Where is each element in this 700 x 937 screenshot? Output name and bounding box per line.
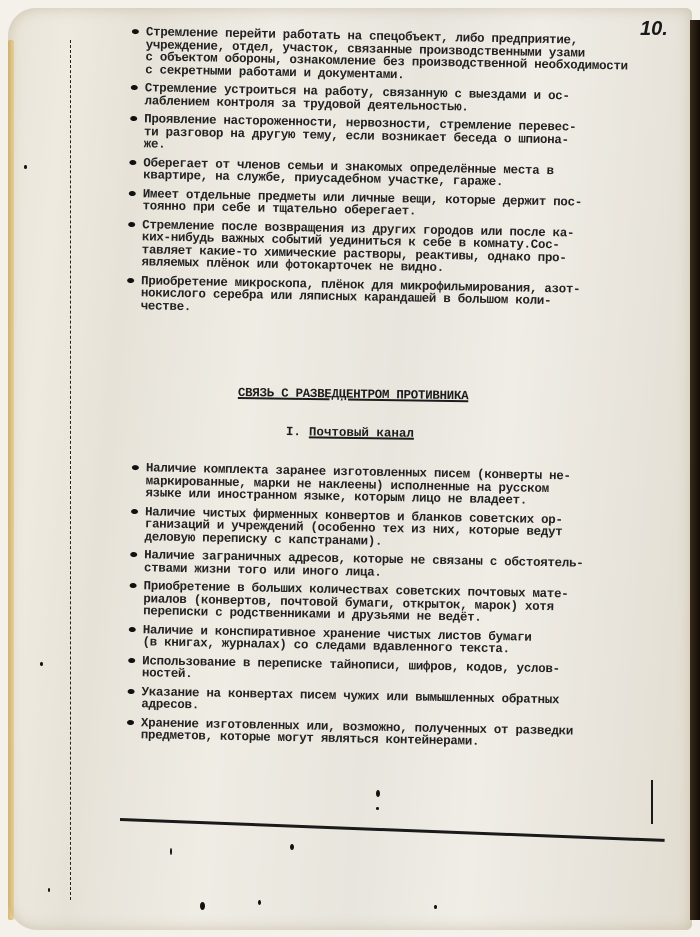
list-item-text: Стремление перейти работать на спецобъек… xyxy=(145,25,628,81)
ink-speck xyxy=(290,844,294,850)
indicator-list-top: Стремление перейти работать на спецобъек… xyxy=(126,26,652,328)
page-right-edge-shadow xyxy=(690,20,700,920)
bullet-icon xyxy=(129,159,136,164)
list-item-text: Наличие заграничных адресов, которые не … xyxy=(144,548,584,579)
list-item-text: Стремление после возвращения из других г… xyxy=(141,218,574,275)
list-item: Стремление после возвращения из других г… xyxy=(127,218,648,278)
bullet-icon xyxy=(129,626,136,631)
bullet-icon xyxy=(127,719,134,724)
bullet-icon xyxy=(132,465,139,470)
list-item: Хранение изготовленных или, возможно, по… xyxy=(127,716,647,751)
list-item-text: Использование в переписке тайнописи, шиф… xyxy=(142,654,560,681)
list-item-text: Наличие комплекта заранее изготовленных … xyxy=(145,461,571,507)
right-margin-tick xyxy=(651,780,653,824)
ink-speck xyxy=(434,905,437,909)
margin-rule-line xyxy=(70,40,71,900)
list-item-text: Наличие и конспиративное хранение чистых… xyxy=(142,623,531,657)
ink-speck xyxy=(376,790,380,797)
list-item-text: Стремление устроиться на работу, связанн… xyxy=(144,81,569,114)
bullet-icon xyxy=(132,29,139,34)
list-item: Наличие и конспиративное хранение чистых… xyxy=(128,623,648,658)
ink-speck xyxy=(24,165,27,169)
list-item-text: Указание на конвертах писем чужих или вы… xyxy=(141,685,559,713)
list-item: Наличие заграничных адресов, которые не … xyxy=(130,549,650,584)
list-item-text: Наличие чистых фирменных конвертов и бла… xyxy=(144,505,562,549)
list-item: Проявление настороженности, нервозности,… xyxy=(130,113,651,160)
list-item: Указание на конвертах писем чужих или вы… xyxy=(127,685,647,720)
list-item: Наличие чистых фирменных конвертов и бла… xyxy=(130,505,651,552)
bullet-icon xyxy=(130,583,137,588)
subsection-title: Почтовый канал xyxy=(309,425,414,440)
bullet-icon xyxy=(128,221,135,226)
list-item-text: Проявление настороженности, нервозности,… xyxy=(144,112,577,151)
ink-speck xyxy=(48,888,50,892)
bullet-icon xyxy=(130,552,137,557)
list-item: Приобретение микроскопа, плёнок для микр… xyxy=(127,274,648,321)
bullet-icon xyxy=(130,116,137,121)
bullet-icon xyxy=(127,277,134,282)
list-item-text: Приобретение в больших количествах совет… xyxy=(143,579,569,624)
ink-speck xyxy=(258,900,261,905)
ink-speck xyxy=(200,902,205,910)
list-item-text: Оберегает от членов семьи и знакомых опр… xyxy=(143,156,554,189)
list-item-text: Имеет отдельные предметы или личные вещи… xyxy=(142,187,582,219)
subsection-heading: I.Почтовый канал xyxy=(286,425,414,441)
list-item: Имеет отдельные предметы или личные вещи… xyxy=(128,187,648,222)
list-item: Приобретение в больших количествах совет… xyxy=(129,580,650,627)
bullet-icon xyxy=(128,688,135,693)
indicator-list-postal: Наличие комплекта заранее изготовленных … xyxy=(127,462,652,757)
ink-speck xyxy=(170,848,172,855)
bullet-icon xyxy=(131,508,138,513)
list-item: Стремление устроиться на работу, связанн… xyxy=(130,82,650,117)
ink-speck xyxy=(40,662,43,666)
list-item-text: Хранение изготовленных или, возможно, по… xyxy=(141,716,574,749)
page-fold-edge xyxy=(8,40,14,920)
bullet-icon xyxy=(128,657,135,662)
bullet-icon xyxy=(129,190,136,195)
ink-speck xyxy=(376,807,379,810)
list-item: Оберегает от членов семьи и знакомых опр… xyxy=(129,156,649,191)
subsection-number: I. xyxy=(286,425,301,439)
list-item-text: Приобретение микроскопа, плёнок для микр… xyxy=(140,274,580,314)
list-item: Стремление перейти работать на спецобъек… xyxy=(131,26,652,86)
bullet-icon xyxy=(131,85,138,90)
list-item: Использование в переписке тайнописи, шиф… xyxy=(128,654,648,689)
